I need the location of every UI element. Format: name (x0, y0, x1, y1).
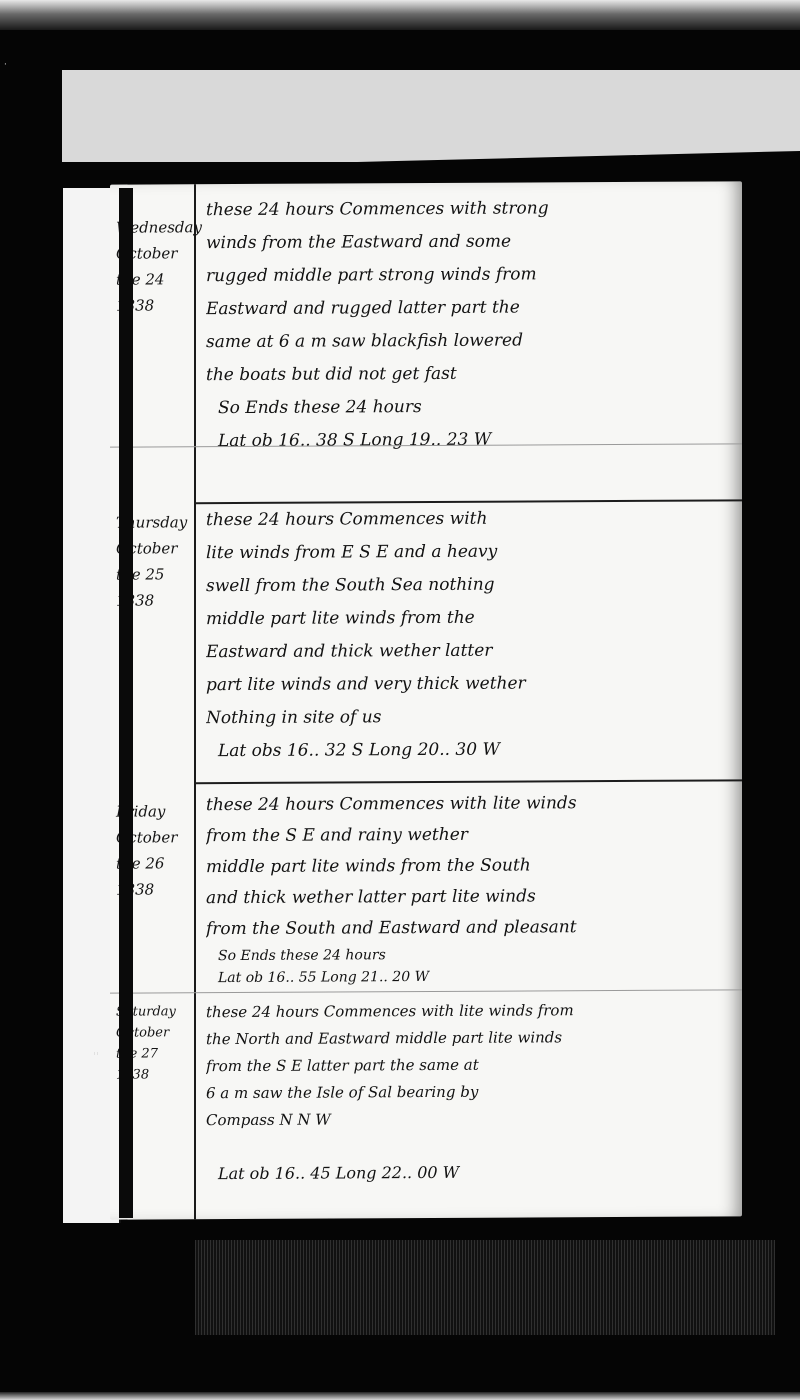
log-line: part lite winds and very thick wether (206, 666, 734, 702)
log-line: Eastward and thick wether latter (206, 633, 734, 669)
book-gutter (119, 188, 133, 1218)
log-line: Eastward and rugged latter part the (206, 290, 734, 326)
log-line: So Ends these 24 hours (206, 942, 734, 967)
entry-text: these 24 hours Commences with strong win… (206, 191, 734, 458)
log-entry-oct-24: Wednesday October the 24 1838 these 24 h… (110, 181, 742, 504)
position-reading: Lat ob 16.. 38 S Long 19.. 23 W (206, 422, 734, 458)
log-line: rugged middle part strong winds from (206, 257, 734, 293)
log-line: and thick wether latter part lite winds (206, 880, 734, 914)
margin-mark: '' (93, 1050, 99, 1063)
log-line: lite winds from E S E and a heavy (206, 534, 734, 570)
log-line: these 24 hours Commences with (206, 501, 734, 537)
log-line: the North and Eastward middle part lite … (206, 1023, 734, 1053)
log-line: Compass N N W (206, 1104, 734, 1134)
log-line: from the S E latter part the same at (206, 1050, 734, 1080)
entry-text: these 24 hours Commences with lite winds… (206, 787, 734, 989)
film-speck: · (4, 60, 7, 70)
microfilm-top-edge (0, 0, 800, 30)
log-line: middle part lite winds from the South (206, 849, 734, 883)
microfilm-bottom-edge (0, 1392, 800, 1400)
log-line: middle part lite winds from the (206, 600, 734, 636)
entry-text: these 24 hours Commences with lite winds… (206, 501, 734, 768)
logbook-page: Wednesday October the 24 1838 these 24 h… (110, 181, 742, 1219)
log-line: same at 6 a m saw blackfish lowered (206, 323, 734, 359)
log-line: 6 a m saw the Isle of Sal bearing by (206, 1077, 734, 1107)
position-reading: Lat ob 16.. 55 Long 21.. 20 W (206, 964, 734, 989)
log-line: from the South and Eastward and pleasant (206, 911, 734, 945)
log-line: these 24 hours Commences with lite winds… (206, 996, 734, 1026)
previous-page-edge (62, 70, 800, 162)
log-line: Nothing in site of us (206, 699, 734, 735)
log-line: winds from the Eastward and some (206, 224, 734, 260)
book-cover-cloth (195, 1240, 775, 1335)
entry-text: these 24 hours Commences with lite winds… (206, 996, 734, 1187)
log-line: these 24 hours Commences with lite winds (206, 787, 734, 821)
log-line: swell from the South Sea nothing (206, 567, 734, 603)
log-line: from the S E and rainy wether (206, 818, 734, 852)
position-reading: Lat obs 16.. 32 S Long 20.. 30 W (206, 732, 734, 768)
log-line: these 24 hours Commences with strong (206, 191, 734, 227)
log-entry-oct-26: Friday October the 26 1838 these 24 hour… (110, 783, 742, 996)
log-line: So Ends these 24 hours (206, 389, 734, 425)
log-line: the boats but did not get fast (206, 356, 734, 392)
log-entry-oct-27: Saturday October the 27 1838 these 24 ho… (110, 996, 742, 1214)
log-entry-oct-25: Thursday October the 25 1838 these 24 ho… (110, 501, 742, 784)
position-reading: Lat ob 16.. 45 Long 22.. 00 W (206, 1157, 734, 1187)
